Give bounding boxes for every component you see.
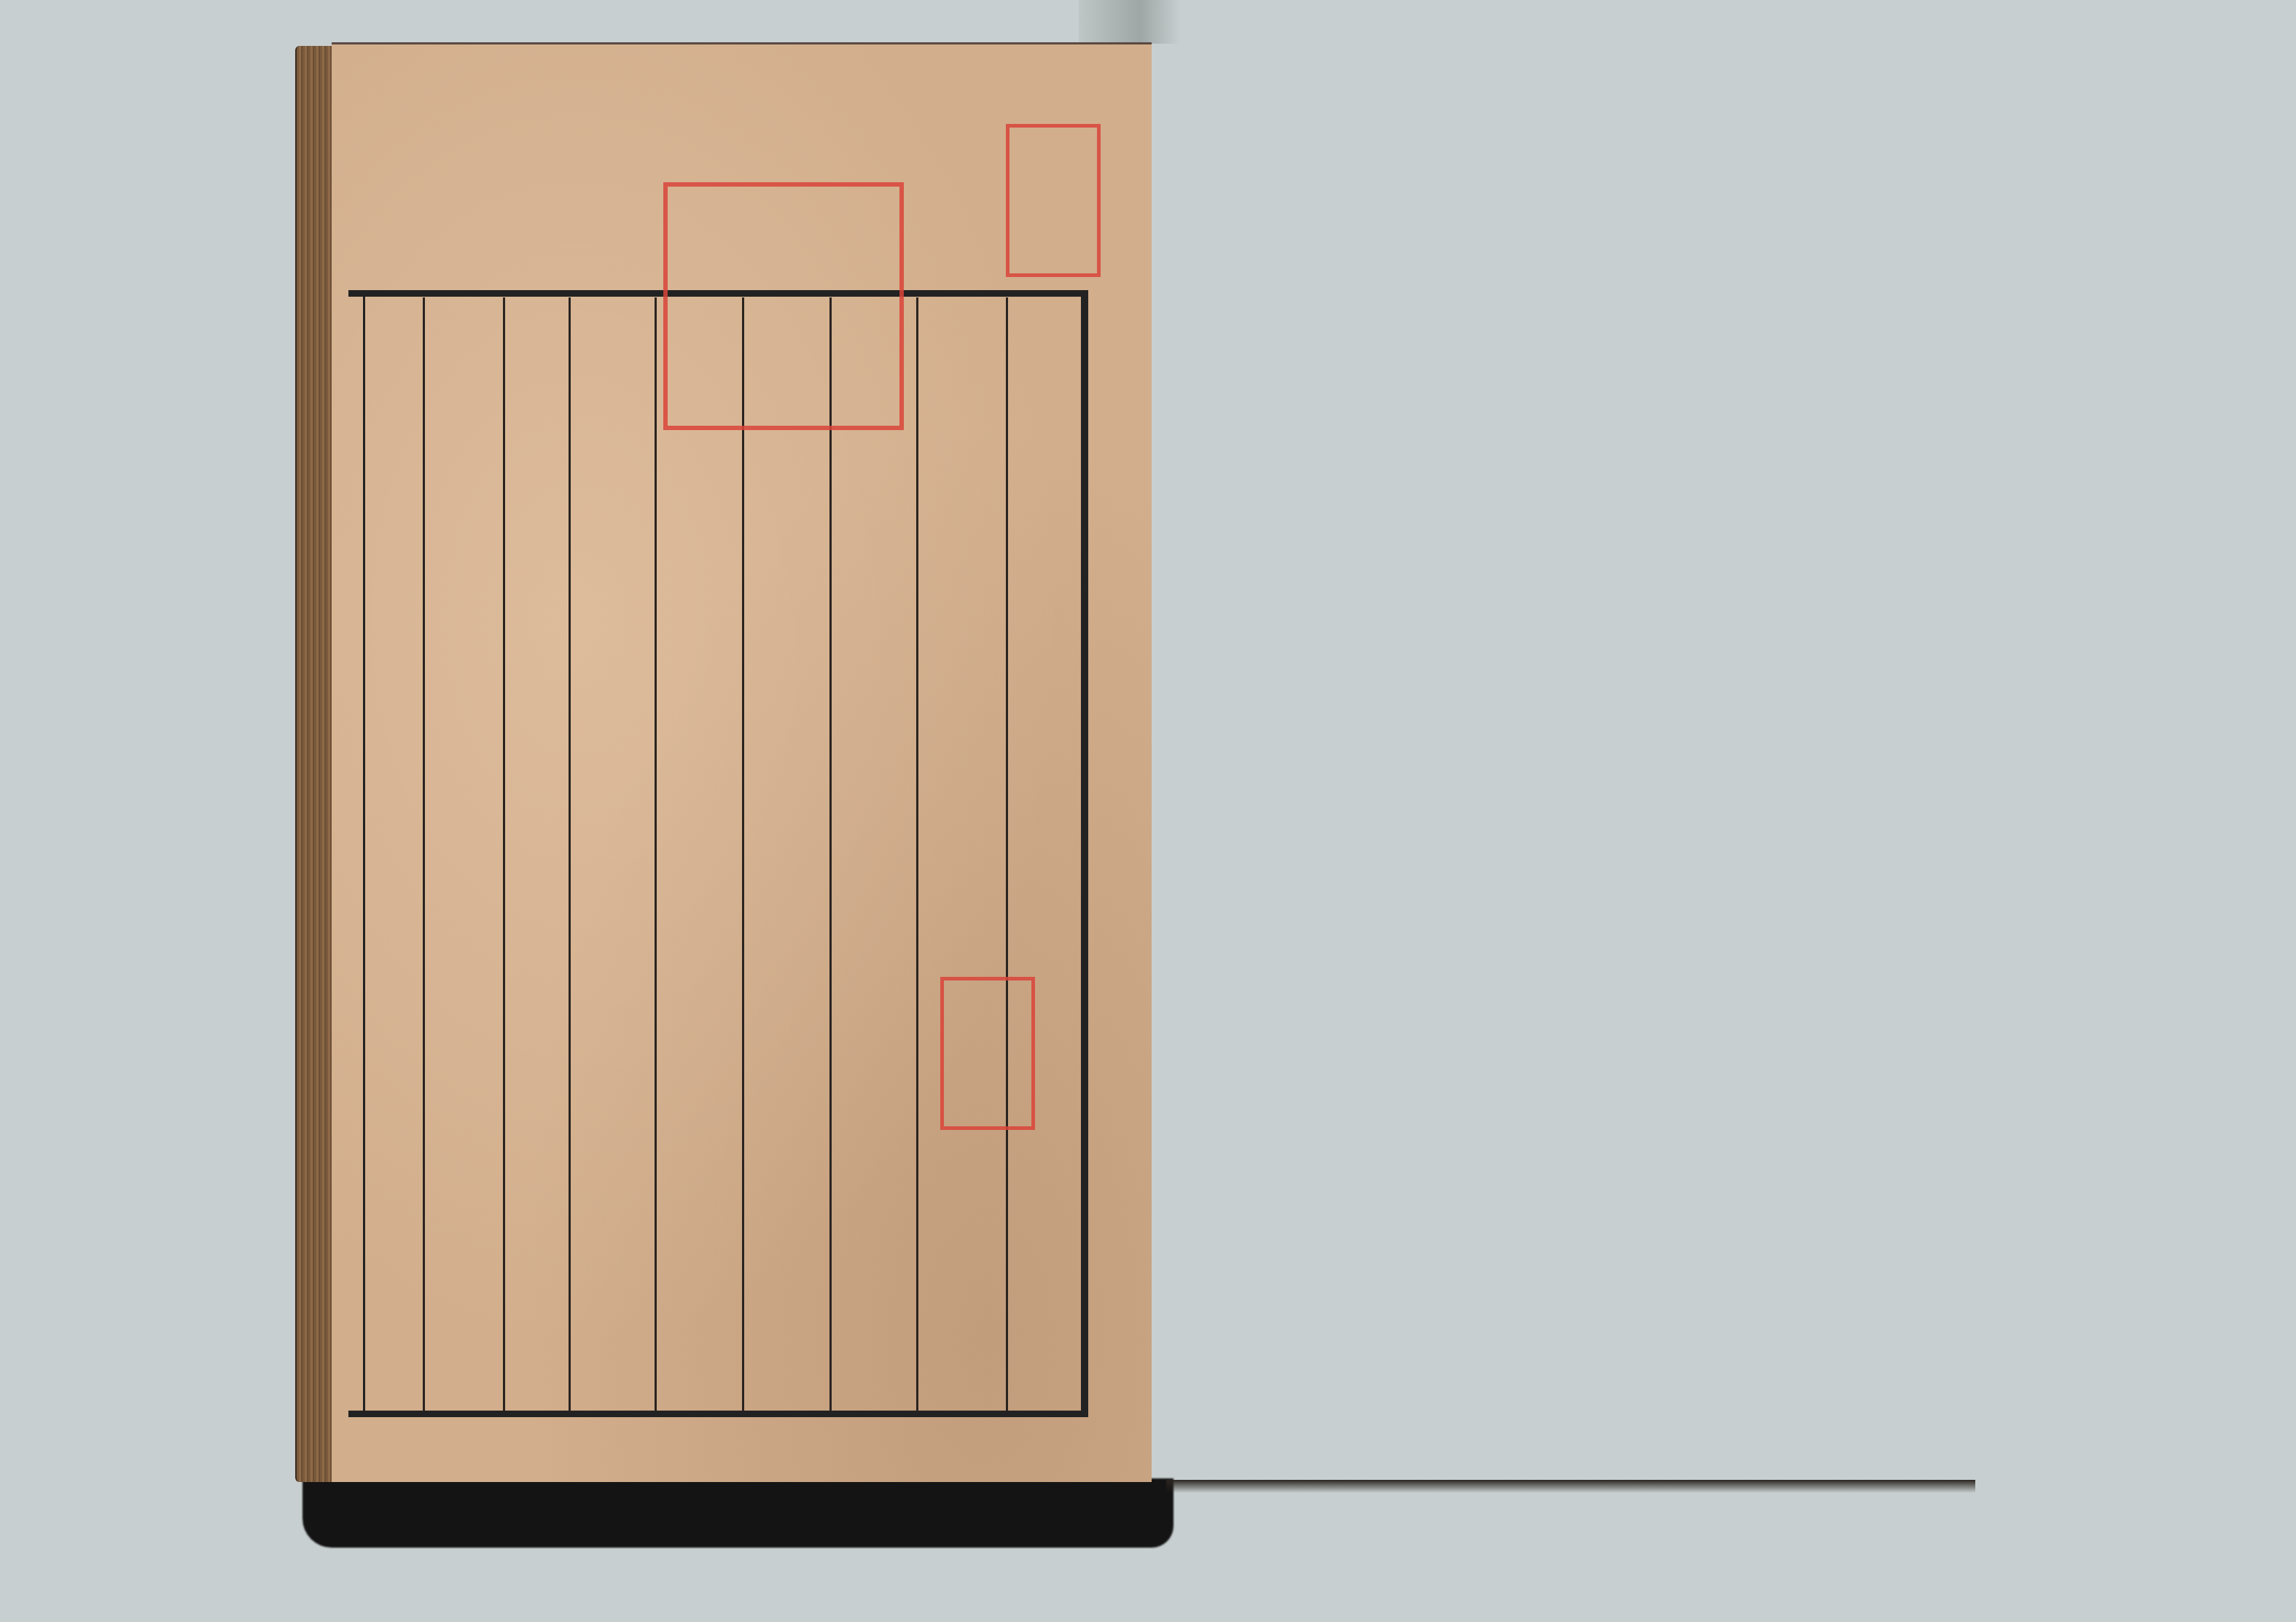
book-shadow-right xyxy=(1166,1480,1975,1493)
seal-momijiyama-middle xyxy=(940,977,1035,1130)
background-shadow xyxy=(1079,0,1181,44)
seal-momijiyama-top xyxy=(1006,124,1101,277)
column-rule xyxy=(423,297,425,1411)
text-frame xyxy=(348,290,1088,1417)
column-rule xyxy=(1006,297,1008,1411)
column-rule xyxy=(742,297,744,1411)
seal-imperial-library xyxy=(663,182,904,430)
column-rule xyxy=(569,297,571,1411)
book-shadow-left xyxy=(302,1478,1174,1548)
column-rule xyxy=(503,297,505,1411)
book-fore-edge xyxy=(295,46,335,1482)
column-rule xyxy=(829,297,832,1411)
column-rule xyxy=(655,297,657,1411)
column-rule xyxy=(916,297,918,1411)
